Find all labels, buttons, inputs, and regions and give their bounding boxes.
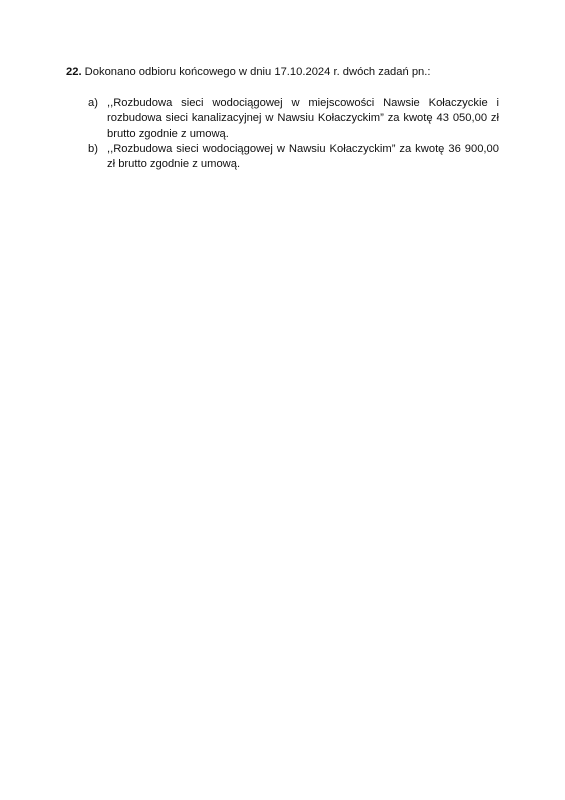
- list-item-text: ,,Rozbudowa sieci wodociągowej w miejsco…: [107, 96, 499, 142]
- section-text: Dokonano odbioru końcowego w dniu 17.10.…: [82, 66, 431, 78]
- task-list: a) ,,Rozbudowa sieci wodociągowej w miej…: [88, 96, 499, 172]
- list-item-b: b) ,,Rozbudowa sieci wodociągowej w Naws…: [88, 142, 499, 173]
- section-heading: 22. Dokonano odbioru końcowego w dniu 17…: [66, 65, 431, 80]
- list-marker: b): [88, 142, 107, 157]
- list-item-text: ,,Rozbudowa sieci wodociągowej w Nawsiu …: [107, 142, 499, 173]
- list-item-a: a) ,,Rozbudowa sieci wodociągowej w miej…: [88, 96, 499, 142]
- document-page: 22. Dokonano odbioru końcowego w dniu 17…: [0, 0, 565, 800]
- section-number: 22.: [66, 66, 82, 78]
- list-marker: a): [88, 96, 107, 111]
